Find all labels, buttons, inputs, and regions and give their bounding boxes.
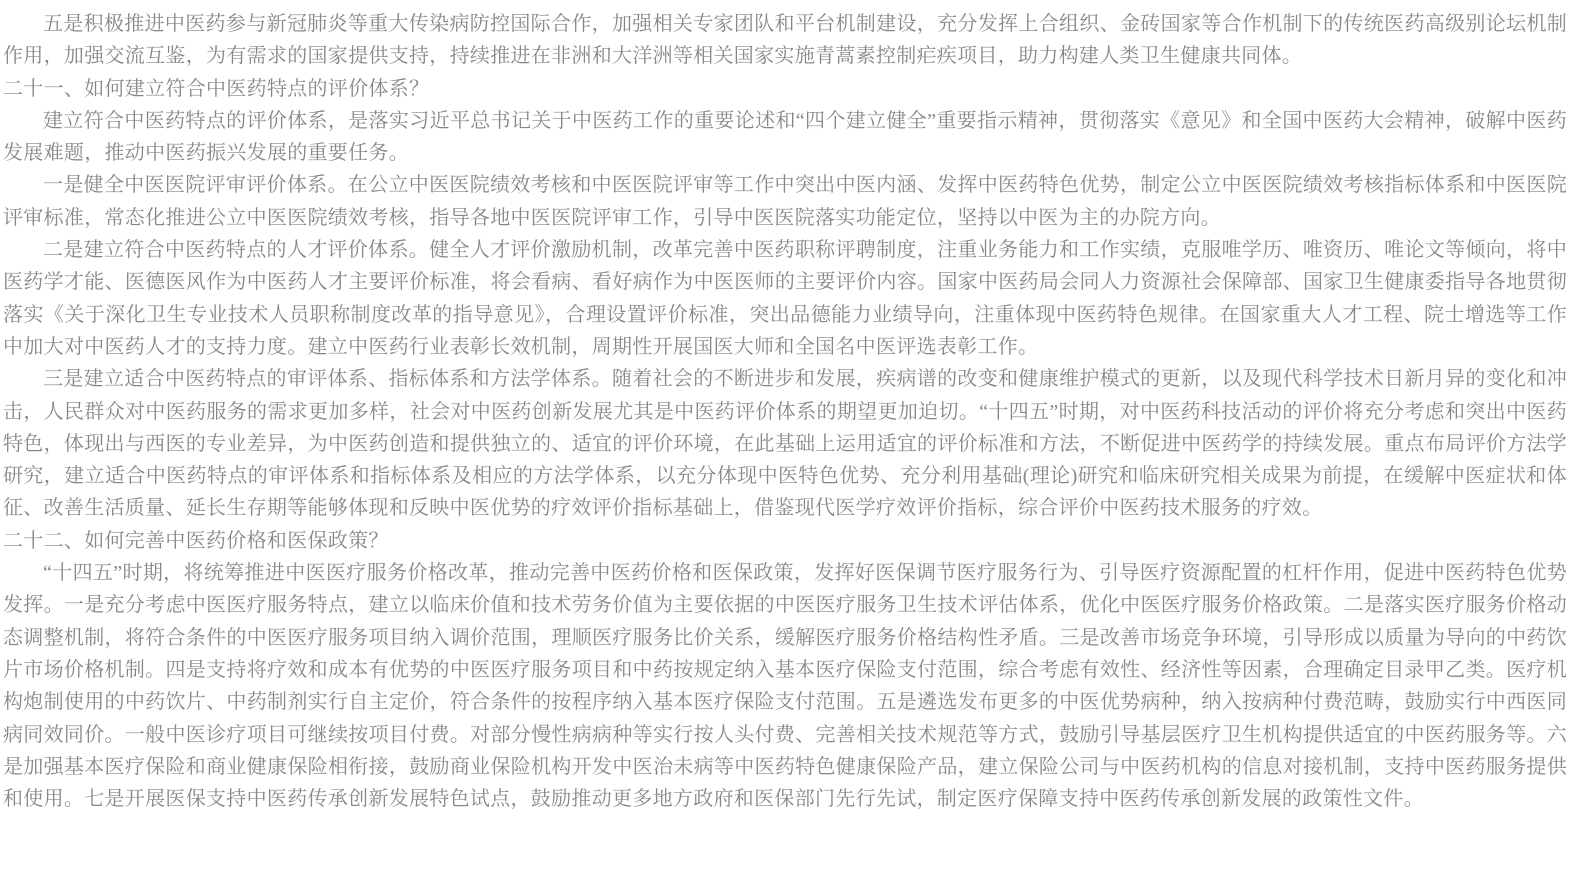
heading-question-22: 二十二、如何完善中医药价格和医保政策？ <box>3 525 1567 557</box>
paragraph-intl-cooperation: 五是积极推进中医药参与新冠肺炎等重大传染病防控国际合作，加强相关专家团队和平台机… <box>3 8 1567 73</box>
paragraph-price-and-insurance-policy: “十四五”时期，将统筹推进中医医疗服务价格改革，推动完善中医药价格和医保政策，发… <box>3 557 1567 815</box>
paragraph-hospital-review-system: 一是健全中医医院评审评价体系。在公立中医医院绩效考核和中医医院评审等工作中突出中… <box>3 169 1567 234</box>
heading-question-21: 二十一、如何建立符合中医药特点的评价体系？ <box>3 73 1567 105</box>
paragraph-review-index-methodology-system: 三是建立适合中医药特点的审评体系、指标体系和方法学体系。随着社会的不断进步和发展… <box>3 363 1567 524</box>
document-page: 五是积极推进中医药参与新冠肺炎等重大传染病防控国际合作，加强相关专家团队和平台机… <box>0 0 1570 876</box>
paragraph-talent-evaluation-system: 二是建立符合中医药特点的人才评价体系。健全人才评价激励机制，改革完善中医药职称评… <box>3 234 1567 363</box>
paragraph-evaluation-system-intro: 建立符合中医药特点的评价体系，是落实习近平总书记关于中医药工作的重要论述和“四个… <box>3 105 1567 170</box>
